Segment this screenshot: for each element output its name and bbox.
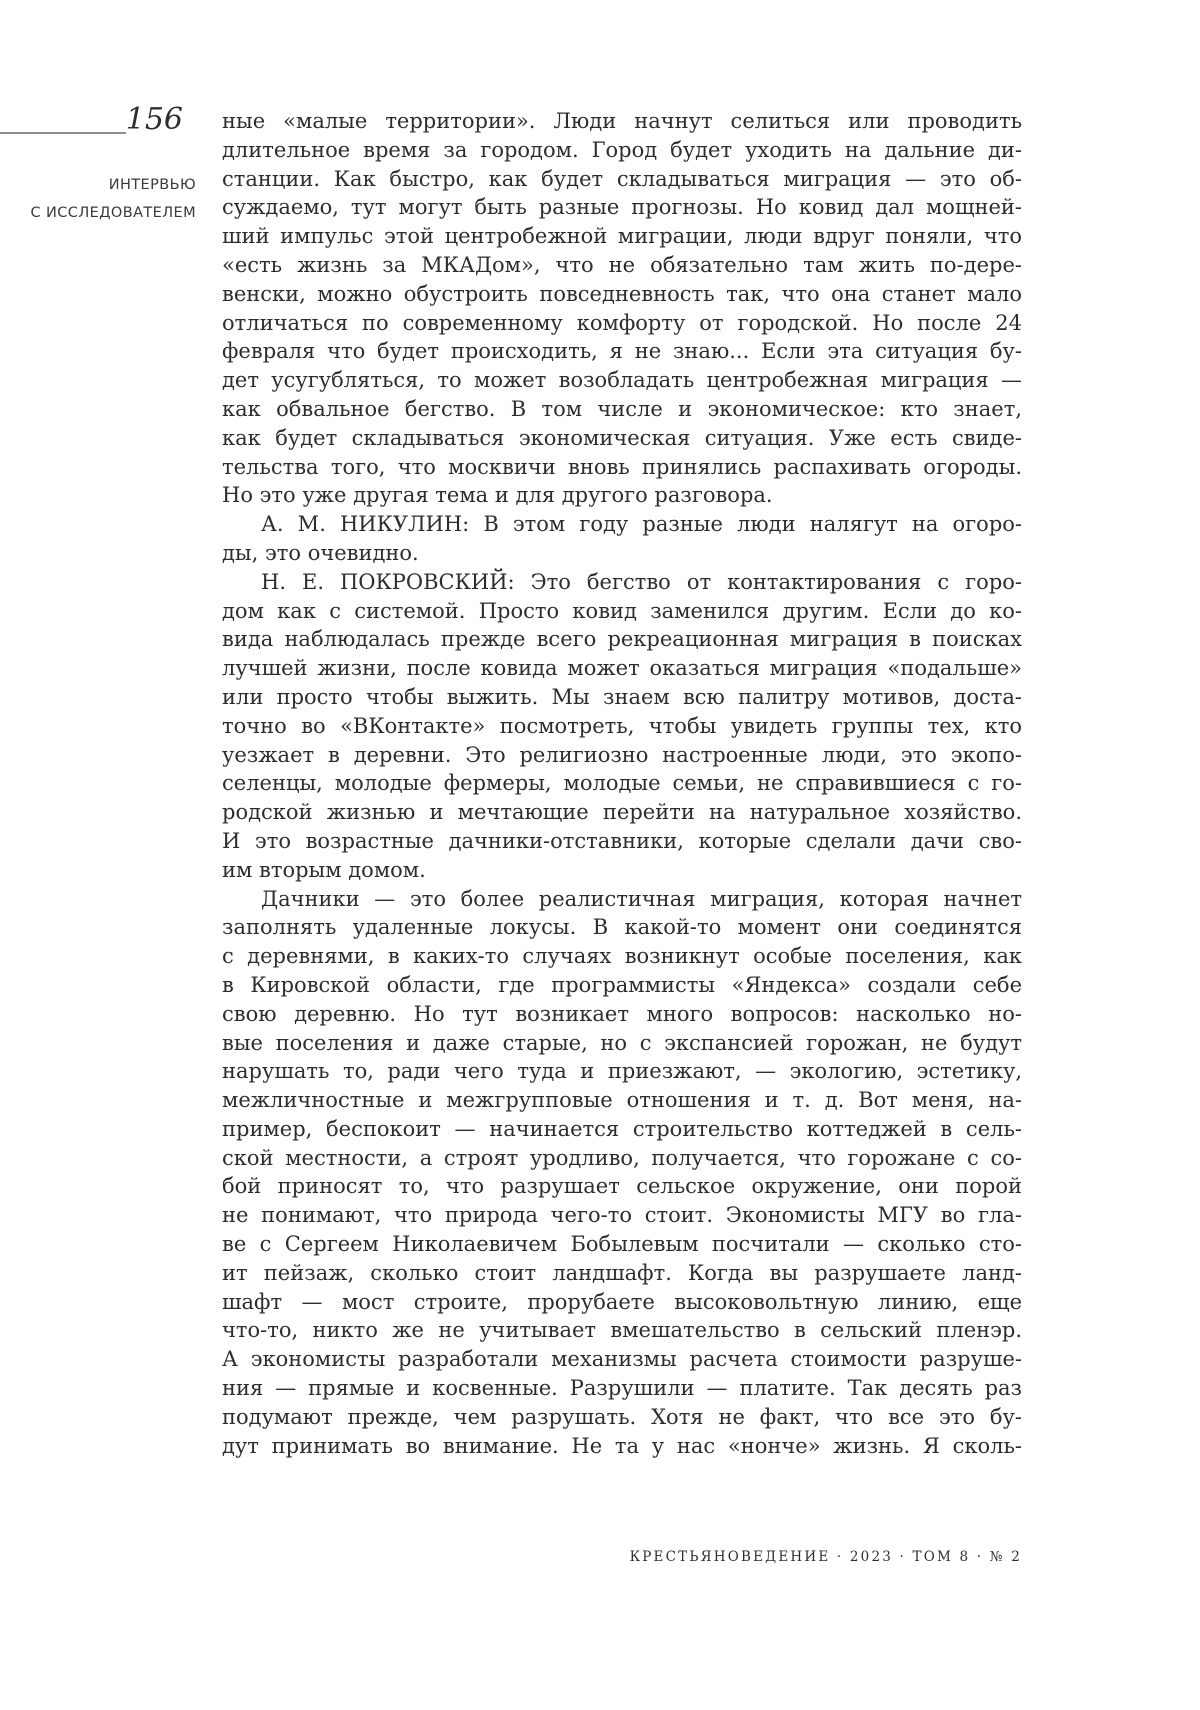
text-line: А экономисты разработали механизмы расче… <box>222 1345 1022 1374</box>
text-line: дом как с системой. Просто ковид заменил… <box>222 597 1022 626</box>
text-line: вида наблюдалась прежде всего рекреацион… <box>222 625 1022 654</box>
journal-footer: КРЕСТЬЯНОВЕДЕНИЕ · 2023 · ТОМ 8 · № 2 <box>222 1549 1022 1565</box>
text-line: И это возрастные дачники-отставники, кот… <box>222 827 1022 856</box>
text-line: «есть жизнь за МКАДом», что не обязатель… <box>222 251 1022 280</box>
text-line: дут принимать во внимание. Не та у нас «… <box>222 1432 1022 1461</box>
text-line: шафт — мост строите, прорубаете высоково… <box>222 1288 1022 1317</box>
text-line: родской жизнью и мечтающие перейти на на… <box>222 798 1022 827</box>
text-line: нарушать то, ради чего туда и приезжают,… <box>222 1057 1022 1086</box>
text-line: селенцы, молодые фермеры, молодые семьи,… <box>222 769 1022 798</box>
text-line: или просто чтобы выжить. Мы знаем всю па… <box>222 683 1022 712</box>
text-line: ния — прямые и косвенные. Разрушили — пл… <box>222 1374 1022 1403</box>
text-line: Но это уже другая тема и для другого раз… <box>222 481 1022 510</box>
text-line: венски, можно обустроить повседневность … <box>222 280 1022 309</box>
text-line: им вторым домом. <box>222 856 1022 885</box>
running-head: ИНТЕРВЬЮ С ИССЛЕДОВАТЕЛЕМ <box>0 171 196 227</box>
text-line: вые поселения и даже старые, но с экспан… <box>222 1029 1022 1058</box>
text-line: ве с Сергеем Николаевичем Бобылевым посч… <box>222 1230 1022 1259</box>
text-line: пример, беспокоит — начинается строитель… <box>222 1115 1022 1144</box>
text-line: ит пейзаж, сколько стоит ландшафт. Когда… <box>222 1259 1022 1288</box>
text-line: А. М. НИКУЛИН: В этом году разные люди н… <box>222 510 1022 539</box>
text-line: не понимают, что природа чего-то стоит. … <box>222 1201 1022 1230</box>
text-line: ший импульс этой центробежной миграции, … <box>222 222 1022 251</box>
text-line: бой приносят то, что разрушает сельское … <box>222 1172 1022 1201</box>
text-line: ды, это очевидно. <box>222 539 1022 568</box>
journal-page: 156 ИНТЕРВЬЮ С ИССЛЕДОВАТЕЛЕМ ные «малые… <box>0 0 1200 1710</box>
paragraph: Н. Е. ПОКРОВСКИЙ: Это бегство от контакт… <box>222 568 1022 885</box>
text-line: лучшей жизни, после ковида может оказать… <box>222 654 1022 683</box>
paragraph: ные «малые территории». Люди начнут сели… <box>222 107 1022 510</box>
paragraph: Дачники — это более реалистичная миграци… <box>222 885 1022 1461</box>
text-line: Дачники — это более реалистичная миграци… <box>222 885 1022 914</box>
text-line: февраля что будет происходить, я не знаю… <box>222 337 1022 366</box>
page-number: 156 <box>0 103 183 137</box>
text-line: в Кировской области, где программисты «Я… <box>222 971 1022 1000</box>
body-text: ные «малые территории». Люди начнут сели… <box>222 107 1022 1460</box>
text-line: как обвальное бегство. В том числе и эко… <box>222 395 1022 424</box>
text-line: тельства того, что москвичи вновь принял… <box>222 453 1022 482</box>
text-line: с деревнями, в каких-то случаях возникну… <box>222 942 1022 971</box>
text-line: отличаться по современному комфорту от г… <box>222 309 1022 338</box>
text-line: заполнять удаленные локусы. В какой-то м… <box>222 913 1022 942</box>
paragraph: А. М. НИКУЛИН: В этом году разные люди н… <box>222 510 1022 568</box>
text-line: как будет складываться экономическая сит… <box>222 424 1022 453</box>
text-line: Н. Е. ПОКРОВСКИЙ: Это бегство от контакт… <box>222 568 1022 597</box>
text-line: дет усугубляться, то может возобладать ц… <box>222 366 1022 395</box>
text-line: свою деревню. Но тут возникает много воп… <box>222 1000 1022 1029</box>
text-line: ные «малые территории». Люди начнут сели… <box>222 107 1022 136</box>
text-line: межличностные и межгрупповые отношения и… <box>222 1086 1022 1115</box>
text-line: ской местности, а строят уродливо, получ… <box>222 1144 1022 1173</box>
text-line: точно во «ВКонтакте» посмотреть, чтобы у… <box>222 712 1022 741</box>
running-head-line: ИНТЕРВЬЮ <box>0 171 196 199</box>
text-line: уезжает в деревни. Это религиозно настро… <box>222 741 1022 770</box>
running-head-line: С ИССЛЕДОВАТЕЛЕМ <box>0 199 196 227</box>
text-line: суждаемо, тут могут быть разные прогнозы… <box>222 193 1022 222</box>
text-line: длительное время за городом. Город будет… <box>222 136 1022 165</box>
text-line: подумают прежде, чем разрушать. Хотя не … <box>222 1403 1022 1432</box>
text-line: что-то, никто же не учитывает вмешательс… <box>222 1316 1022 1345</box>
text-line: станции. Как быстро, как будет складыват… <box>222 165 1022 194</box>
